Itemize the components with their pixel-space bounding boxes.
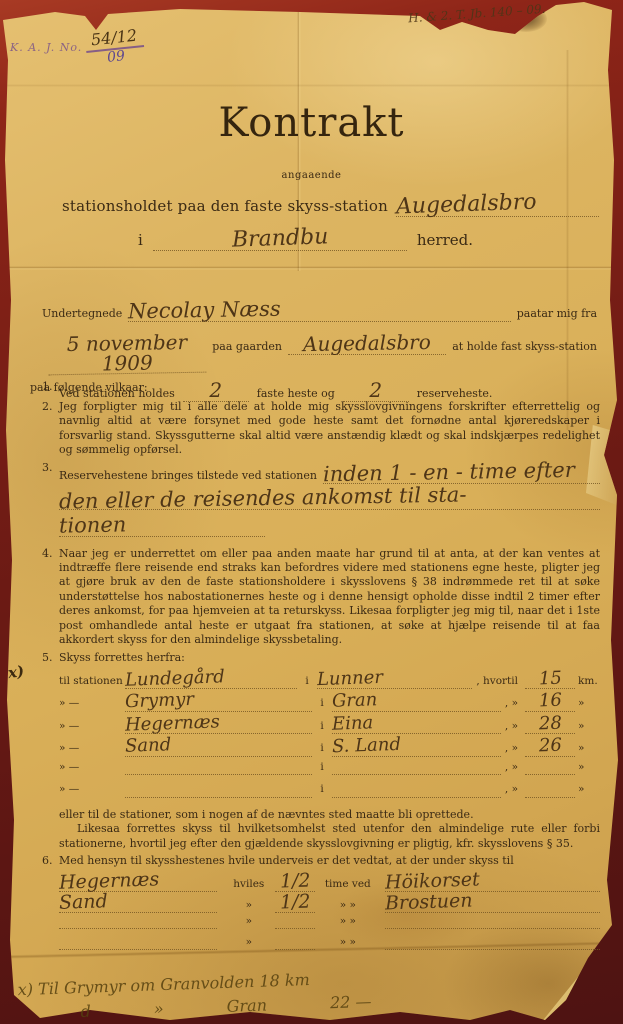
district-name-blank: Brandbu [153,228,407,251]
clause-3-handwritten-1: inden 1 - en - time efter [323,458,575,484]
district-line: i Brandbu herred. [138,228,473,251]
start-date-handwritten: 5 november 1909 [48,332,207,376]
route-table: til stationen Lundegård i Lunner , hvort… [59,670,600,805]
contractor-name-blank: Necolay Næss [128,300,510,322]
route-sep: i [301,674,312,688]
station-line-label: stationsholdet paa den faste skyss-stati… [62,197,388,215]
clause-1: 1. Ved stationen holdes 2 faste heste og… [42,380,600,397]
rest-duration-blank [275,935,315,950]
rest-place-blank [59,935,217,950]
station-line: stationsholdet paa den faste skyss-stati… [62,194,599,217]
clause-1-line: Ved stationen holdes 2 faste heste og 2 … [59,380,600,397]
document-subtitle: angaaende [0,170,623,181]
rest-duration-blank [275,914,315,929]
clause-4-number: 4. [42,547,53,561]
title-block: Kontrakt angaaende [0,100,623,181]
rest-location-blank [385,935,600,950]
footnote-sep: » [154,999,164,1018]
rest-row: Sand » 1/2 » » Brostuen [59,893,600,914]
rest-location-blank: Höikorset [385,872,600,892]
clause-5: 5. x) Skyss forrettes herfra: til statio… [42,651,600,851]
horses-count-handwritten: 2 [209,380,222,400]
district-name-handwritten: Brandbu [231,226,328,251]
clause-3-blank-2: den eller de reisendes ankomst til sta- [59,487,600,510]
route-distance: 16 [538,692,562,711]
route-prefix: » — [59,741,121,755]
route-distance-blank: 16 [525,692,575,711]
route-distance-blank: 15 [525,670,575,689]
footnote-marker: x) [17,979,33,999]
hviles-label: » [227,935,271,949]
farm-name-handwritten: Augedalsbro [303,332,431,354]
route-station-blank: Hegernæs [125,715,312,734]
top-right-journal-note: H. & 2. T. Jb. 140 – 09. [408,0,618,25]
route-mid: , » [505,782,522,796]
route-sep: i [316,719,327,733]
route-row-empty: » — i , » » [59,760,600,783]
clause-2-number: 2. [42,400,53,414]
farm-name-blank: Augedalsbro [288,333,446,355]
route-station-blank: Lundegård [125,670,297,689]
rest-location-blank [385,914,600,929]
clause-6-label: Med hensyn til skysshestenes hvile under… [59,854,600,868]
route-district: S. Land [331,736,401,756]
stamp-journal-label: K. A. J. No. [10,41,82,54]
route-station: Hegernæs [125,713,220,734]
hviles-label: » [227,914,271,928]
route-unit: km. [578,674,600,688]
clause-3-label: Reservehestene bringes tilstede ved stat… [59,469,317,483]
contract-content: K. A. J. No. 54/12 09 H. & 2. T. Jb. 140… [0,0,623,1024]
route-station-blank [125,760,312,775]
route-distance-blank: 28 [525,715,575,734]
gaarden-label: paa gaarden [212,340,282,353]
route-prefix: » — [59,696,121,710]
footnote-place: Gran [226,995,267,1015]
district-prefix-label: i [138,231,143,249]
clause-3-handwritten-3: tionen [59,513,127,536]
rest-row: Hegernæs hviles 1/2 time ved Höikorset [59,872,600,893]
clause-3-blank-1: inden 1 - en - time efter [323,461,600,484]
route-sep: i [316,782,327,796]
rest-place-blank [59,914,217,929]
route-station-blank: Sand [125,737,312,756]
rest-duration: 1/2 [279,871,310,891]
route-district-blank: S. Land [332,737,501,756]
route-distance: 15 [538,669,562,688]
clause-3-line-2: den eller de reisendes ankomst til sta- [59,487,600,514]
route-row-empty: » — i , » » [59,782,600,805]
photographed-contract-page: K. A. J. No. 54/12 09 H. & 2. T. Jb. 140… [0,0,623,1024]
rest-place-blank: Hegernæs [59,872,217,892]
route-district: Eina [331,714,373,733]
footnote-distance: 22 — [330,991,372,1011]
intro-line-2: 5 november 1909 paa gaarden Augedalsbro … [42,333,597,374]
clause-1-number: 1. [42,380,53,394]
route-prefix: til stationen [59,674,121,688]
route-mid: , » [505,760,522,774]
footnote: x) Til Grymyr om Granvolden 18 km d » Gr… [17,957,600,1024]
document-title: Kontrakt [0,100,623,146]
route-station: Sand [125,737,172,757]
clause-6-number: 6. [42,854,53,868]
route-row: » — Hegernæs i Eina , » 28 » [59,715,600,738]
rest-place: Hegernæs [59,870,160,892]
route-prefix: » — [59,782,121,796]
clause-6: 6. Med hensyn til skysshestenes hvile un… [42,854,600,955]
station-name-blank: Augedalsbro [396,194,599,217]
margin-footnote-mark: x) [7,664,25,680]
route-row: » — Grymyr i Gran , » 16 » [59,692,600,715]
clause-3-handwritten-2: den eller de reisendes ankomst til sta- [59,483,467,512]
route-unit: » [578,782,600,796]
contractor-name-handwritten: Necolay Næss [128,299,281,323]
paatar-label: paatar mig fra [517,307,597,320]
route-prefix: » — [59,719,121,733]
reserve-count-handwritten: 2 [369,380,382,400]
route-district-blank [332,782,501,797]
route-district-blank: Eina [332,715,501,734]
clause-3-line-3: tionen [59,514,600,541]
route-district-blank: Gran [332,692,501,711]
route-row: » — Sand i S. Land , » 26 » [59,737,600,760]
route-sep: i [316,760,327,774]
journal-number-fraction: 54/12 09 [85,27,146,67]
time-ved-label: time ved [319,877,377,891]
route-unit: » [578,741,600,755]
rest-row-empty: » » » [59,914,600,935]
time-ved-label: » » [319,914,377,928]
clause-3-line-1: Reservehestene bringes tilstede ved stat… [59,461,600,487]
undertegnede-label: Undertegnede [42,307,122,320]
route-district: Gran [331,692,377,712]
herred-label: herred. [417,231,473,249]
clause-2-text: Jeg forpligter mig til i alle dele at ho… [59,400,600,458]
route-distance-blank: 26 [525,737,575,756]
route-sep: i [316,696,327,710]
rest-duration-blank: 1/2 [275,872,315,892]
clause-3: 3. Reservehestene bringes tilstede ved s… [42,461,600,541]
fast-station-label: at holde fast skyss-station [452,340,597,353]
route-station-blank: Grymyr [125,692,312,711]
route-station: Grymyr [125,691,195,711]
rest-location-blank: Brostuen [385,893,600,913]
rest-place-blank: Sand [59,893,217,913]
archive-stamp: K. A. J. No. 54/12 09 [10,30,144,64]
route-row: til stationen Lundegård i Lunner , hvort… [59,670,600,693]
clause-5-label: Skyss forrettes herfra: [59,651,600,665]
clauses-section: 1. Ved stationen holdes 2 faste heste og… [42,380,600,1016]
route-mid: , » [505,719,522,733]
rest-table: Hegernæs hviles 1/2 time ved Höikorset S… [59,872,600,956]
likesaa-text: Likesaa forrettes skyss til hvilketsomhe… [59,822,600,851]
route-mid: , hvortil [476,674,522,688]
journal-denominator: 09 [107,49,126,65]
intro-line-1: Undertegnede Necolay Næss paatar mig fra [42,300,597,322]
rest-duration: 1/2 [279,892,310,912]
clause-4-text: Naar jeg er underrettet om eller paa and… [59,547,600,648]
route-unit: » [578,696,600,710]
after-table-text: eller til de stationer, som i nogen af d… [59,808,600,822]
route-distance: 26 [538,737,562,756]
route-station: Lundegård [125,668,225,689]
footnote-ditto: d [80,1001,91,1020]
clause-3-blank-3: tionen [59,514,265,537]
rest-location: Brostuen [385,891,473,913]
route-distance: 28 [538,714,562,733]
route-prefix: » — [59,760,121,774]
clause-2: 2. Jeg forpligter mig til i alle dele at… [42,400,600,458]
route-distance-blank [525,760,575,775]
route-distance-blank [525,782,575,797]
route-mid: , » [505,696,522,710]
route-district-blank [332,760,501,775]
hviles-label: hviles [227,877,271,891]
hviles-label: » [227,898,271,912]
clause-4: 4. Naar jeg er underrettet om eller paa … [42,547,600,648]
time-ved-label: » » [319,898,377,912]
rest-place: Sand [59,892,108,913]
clause-3-number: 3. [42,461,53,475]
rest-duration-blank: 1/2 [275,893,315,913]
station-name-handwritten: Augedalsbro [396,192,537,219]
route-mid: , » [505,741,522,755]
route-sep: i [316,741,327,755]
route-station-blank [125,782,312,797]
route-district: Lunner [316,669,383,689]
route-unit: » [578,719,600,733]
route-district-blank: Lunner [317,670,473,689]
time-ved-label: » » [319,935,377,949]
clause-5-number: 5. [42,651,53,665]
rest-row-empty: » » » [59,935,600,956]
route-unit: » [578,760,600,774]
